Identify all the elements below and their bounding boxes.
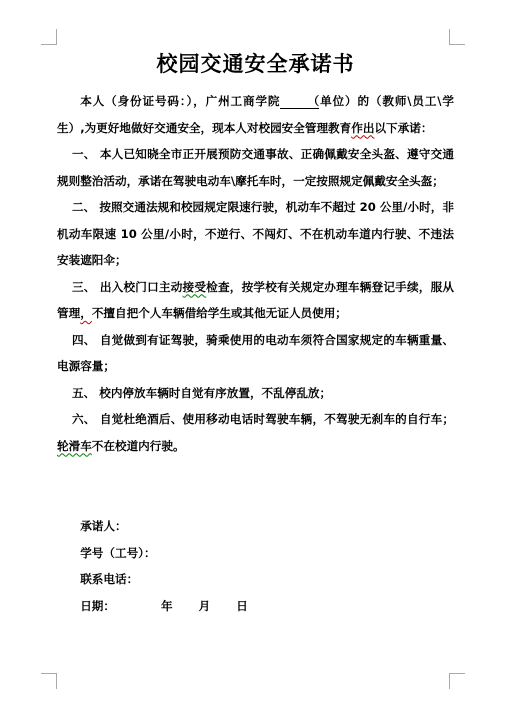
signature-date-line: 日期：年月日 xyxy=(57,593,454,620)
commitment-item-1: 一、 本人已知晓全市正开展预防交通事故、正确佩戴安全头盔、遵守交通规则整治活动，… xyxy=(57,141,454,194)
intro-paragraph: 本人（身份证号码：），广州工商学院（单位）的（教师\员工\学生）,为更好地做好交… xyxy=(57,88,454,141)
document-body: 本人（身份证号码：），广州工商学院（单位）的（教师\员工\学生）,为更好地做好交… xyxy=(57,88,454,619)
date-day-label: 日 xyxy=(236,599,248,613)
intro-text-post: 以下承诺： xyxy=(374,121,432,135)
commitment-item-2: 二、 按照交通法规和校园规定限速行驶，机动车不超过 20 公里/小时，非机动车限… xyxy=(57,194,454,274)
commitment-item-6: 六、 自觉杜绝酒后、使用移动电话时驾驶车辆，不驾驶无刹车的自行车；轮滑车不在校道… xyxy=(57,406,454,459)
commitment-item-5: 五、 校内停放车辆时自觉有序放置，不乱停乱放； xyxy=(57,380,454,407)
signature-phone-line: 联系电话： xyxy=(57,566,454,593)
spellcheck-red-intro: 作出 xyxy=(351,121,374,135)
margin-crop-mark-top-right xyxy=(449,29,465,45)
date-year-label: 年 xyxy=(161,599,173,613)
signature-id-line: 学号（工号）： xyxy=(57,540,454,567)
document-content: 校园交通安全承诺书 本人（身份证号码：），广州工商学院（单位）的（教师\员工\学… xyxy=(57,45,454,619)
document-title: 校园交通安全承诺书 xyxy=(57,53,454,75)
document-page: 校园交通安全承诺书 本人（身份证号码：），广州工商学院（单位）的（教师\员工\学… xyxy=(0,0,507,719)
margin-crop-mark-top-left xyxy=(41,29,57,45)
margin-crop-mark-bottom-left xyxy=(41,673,57,689)
date-month-label: 月 xyxy=(199,599,211,613)
spellcheck-red-item3: ， xyxy=(80,306,92,320)
commitment-item-3: 三、 出入校门口主动接受检查，按学校有关规定办理车辆登记手续，服从管理，不擅自把… xyxy=(57,274,454,327)
grammar-green-item6: 轮滑车 xyxy=(57,439,92,453)
commitment-item-4: 四、 自觉做到有证驾驶，骑乘使用的电动车须符合国家规定的车辆重量、电源容量； xyxy=(57,327,454,380)
underline-blank: （ xyxy=(280,95,319,109)
margin-crop-mark-bottom-right xyxy=(449,673,465,689)
date-label: 日期： xyxy=(80,599,115,613)
signature-block: 承诺人： 学号（工号）： 联系电话： 日期：年月日 xyxy=(57,513,454,619)
signature-promiser-line: 承诺人： xyxy=(57,513,454,540)
grammar-green-item3: 接受 xyxy=(183,280,207,294)
item3-text-post: 不擅自把个人车辆借给学生或其他无证人员使用； xyxy=(92,306,347,320)
item3-text-pre: 三、 出入校门口主动 xyxy=(72,280,183,294)
item6-text-post: 不在校道内行驶。 xyxy=(92,439,185,453)
intro-text-pre: 本人（身份证号码：），广州工商学院 xyxy=(80,94,280,108)
item6-text-pre: 六、 自觉杜绝酒后、使用移动电话时驾驶车辆，不驾驶无刹车的自行车； xyxy=(72,412,454,426)
